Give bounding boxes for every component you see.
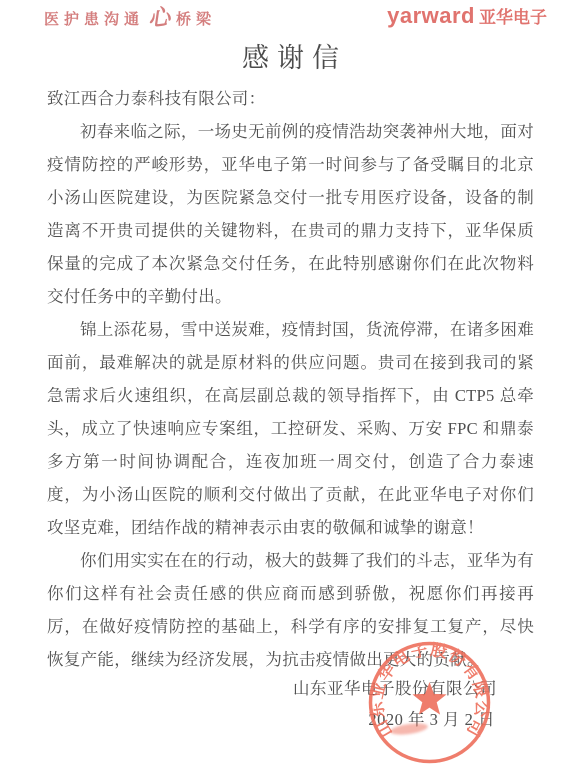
header-tagline: 医护患沟通 心 桥梁 <box>44 7 216 29</box>
salutation: 致江西合力泰科技有限公司： <box>47 82 534 115</box>
tagline-post-text: 桥梁 <box>176 8 216 29</box>
yarward-logo: yarward 亚华电子 <box>387 5 547 27</box>
letter-body: 致江西合力泰科技有限公司： 初春来临之际，一场史无前例的疫情浩劫突袭神州大地，面… <box>47 82 534 676</box>
paragraph-2: 锦上添花易，雪中送炭难，疫情封国，货流停滞，在诸多困难面前，最难解决的就是原材料… <box>47 313 534 544</box>
heart-icon: 心 <box>147 6 171 30</box>
paragraph-1: 初春来临之际，一场史无前例的疫情浩劫突袭神州大地，面对疫情防控的严峻形势，亚华电… <box>47 115 534 313</box>
signature-date: 2020 年 3 月 2 日 <box>293 704 497 735</box>
signature-company: 山东亚华电子股份有限公司 <box>293 673 497 704</box>
letter-title: 感谢信 <box>0 36 581 75</box>
logo-cjk-text: 亚华电子 <box>479 9 547 26</box>
logo-latin-text: yarward <box>387 5 475 27</box>
tagline-pre-text: 医护患沟通 <box>44 8 144 29</box>
signature-block: 山东亚华电子股份有限公司 2020 年 3 月 2 日 <box>293 673 497 735</box>
thank-you-letter-page: 医护患沟通 心 桥梁 yarward 亚华电子 感谢信 致江西合力泰科技有限公司… <box>0 0 581 772</box>
paragraph-3: 你们用实实在在的行动，极大的鼓舞了我们的斗志，亚华为有你们这样有社会责任感的供应… <box>47 544 534 676</box>
